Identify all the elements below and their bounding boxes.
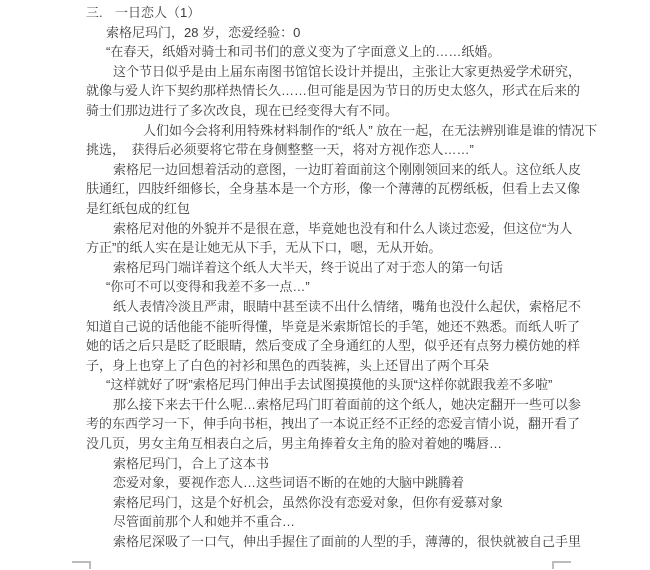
document-text-area[interactable]: 三.一日恋人（1） 索格尼玛门，28 岁，恋爱经验：0 “在春天，纸婚对骑士和司… (86, 3, 606, 552)
story-line[interactable]: “在春天，纸婚对骑士和司书们的意义变为了字面意义上的……纸婚。 (86, 42, 606, 62)
story-line[interactable]: 索格尼玛门，这是个好机会，虽然你没有恋爱对象，但你有爱慕对象 (86, 493, 606, 513)
story-line[interactable]: 索格尼玛门，合上了这本书 (86, 454, 606, 474)
story-line[interactable]: 就像与爱人许下契约那样热情长久……但可能是因为节日的历史太悠久，形式在后来的 (86, 81, 606, 101)
text-boundary-mark-bottom-left (72, 561, 91, 569)
story-line[interactable]: 肤通红，四肢纤细修长，全身基本是一个方形，像一个薄薄的瓦楞纸板，但看上去又像 (86, 179, 606, 199)
story-line[interactable]: 骑士们那边进行了多次改良，现在已经变得大有不同。 (86, 101, 606, 121)
story-line[interactable]: 挑选， 获得后必须要将它带在身侧整整一天，将对方视作恋人……” (86, 140, 606, 160)
story-line[interactable]: 恋爱对象，要视作恋人…这些词语不断的在她的大脑中跳腾着 (86, 473, 606, 493)
story-line[interactable]: 索格尼一边回想着活动的意图，一边盯着面前这个刚刚领回来的纸人。这位纸人皮 (86, 160, 606, 180)
section-heading-number: 三. (86, 3, 115, 23)
story-line[interactable]: 这个节日似乎是由上届东南图书馆馆长设计并提出，主张让大家更热爱学术研究， (86, 62, 606, 82)
story-line[interactable]: 没几页，男女主角互相表白之后，男主角捧着女主角的脸对着她的嘴唇… (86, 434, 606, 454)
story-line[interactable]: “这样就好了呀”索格尼玛门伸出手去试图摸摸他的头顶“这样你就跟我差不多啦” (86, 375, 606, 395)
document-page[interactable]: 三.一日恋人（1） 索格尼玛门，28 岁，恋爱经验：0 “在春天，纸婚对骑士和司… (0, 0, 650, 570)
story-line[interactable]: 尽管面前那个人和她并不重合… (86, 512, 606, 532)
section-heading-title: 一日恋人（1） (115, 5, 200, 20)
story-line[interactable]: 知道自己说的话他能不能听得懂，毕竟是米索斯馆长的手笔，她还不熟悉。而纸人听了 (86, 317, 606, 337)
story-line[interactable]: 那么接下来去干什么呢…索格尼玛门盯着面前的这个纸人，她决定翻开一些可以参 (86, 395, 606, 415)
story-line[interactable]: 她的话之后只是眨了眨眼睛，然后变成了全身通红的人型，似乎还有点努力模仿她的样 (86, 336, 606, 356)
story-line[interactable]: 人们如今会将利用特殊材料制作的“纸人” 放在一起，在无法辨别谁是谁的情况下 (86, 121, 606, 141)
story-line[interactable]: “你可不可以变得和我差不多一点…” (86, 277, 606, 297)
story-line[interactable]: 考的东西学习一下，伸手向书柜，拽出了一本说正经不正经的恋爱言情小说，翻开看了 (86, 414, 606, 434)
story-line[interactable]: 索格尼深吸了一口气，伸出手握住了面前的人型的手，薄薄的，很快就被自己手里 (86, 532, 606, 552)
story-line[interactable]: 子，身上也穿上了白色的衬衫和黑色的西装裤，头上还冒出了两个耳朵 (86, 356, 606, 376)
story-line[interactable]: 纸人表情冷淡且严肃，眼睛中甚至读不出什么情绪，嘴角也没什么起伏，索格尼不 (86, 297, 606, 317)
section-heading[interactable]: 三.一日恋人（1） (86, 3, 606, 23)
text-boundary-mark-bottom-right (552, 561, 571, 569)
story-line[interactable]: 方正”的纸人实在是让她无从下手，无从下口，嗯，无从开始。 (86, 238, 606, 258)
story-line[interactable]: 索格尼玛门，28 岁，恋爱经验：0 (86, 23, 606, 43)
story-line[interactable]: 是红纸包成的红包 (86, 199, 606, 219)
story-line[interactable]: 索格尼对他的外貌并不是很在意，毕竟她也没有和什么人谈过恋爱，但这位“为人 (86, 219, 606, 239)
story-line[interactable]: 索格尼玛门端详着这个纸人大半天，终于说出了对于恋人的第一句话 (86, 258, 606, 278)
